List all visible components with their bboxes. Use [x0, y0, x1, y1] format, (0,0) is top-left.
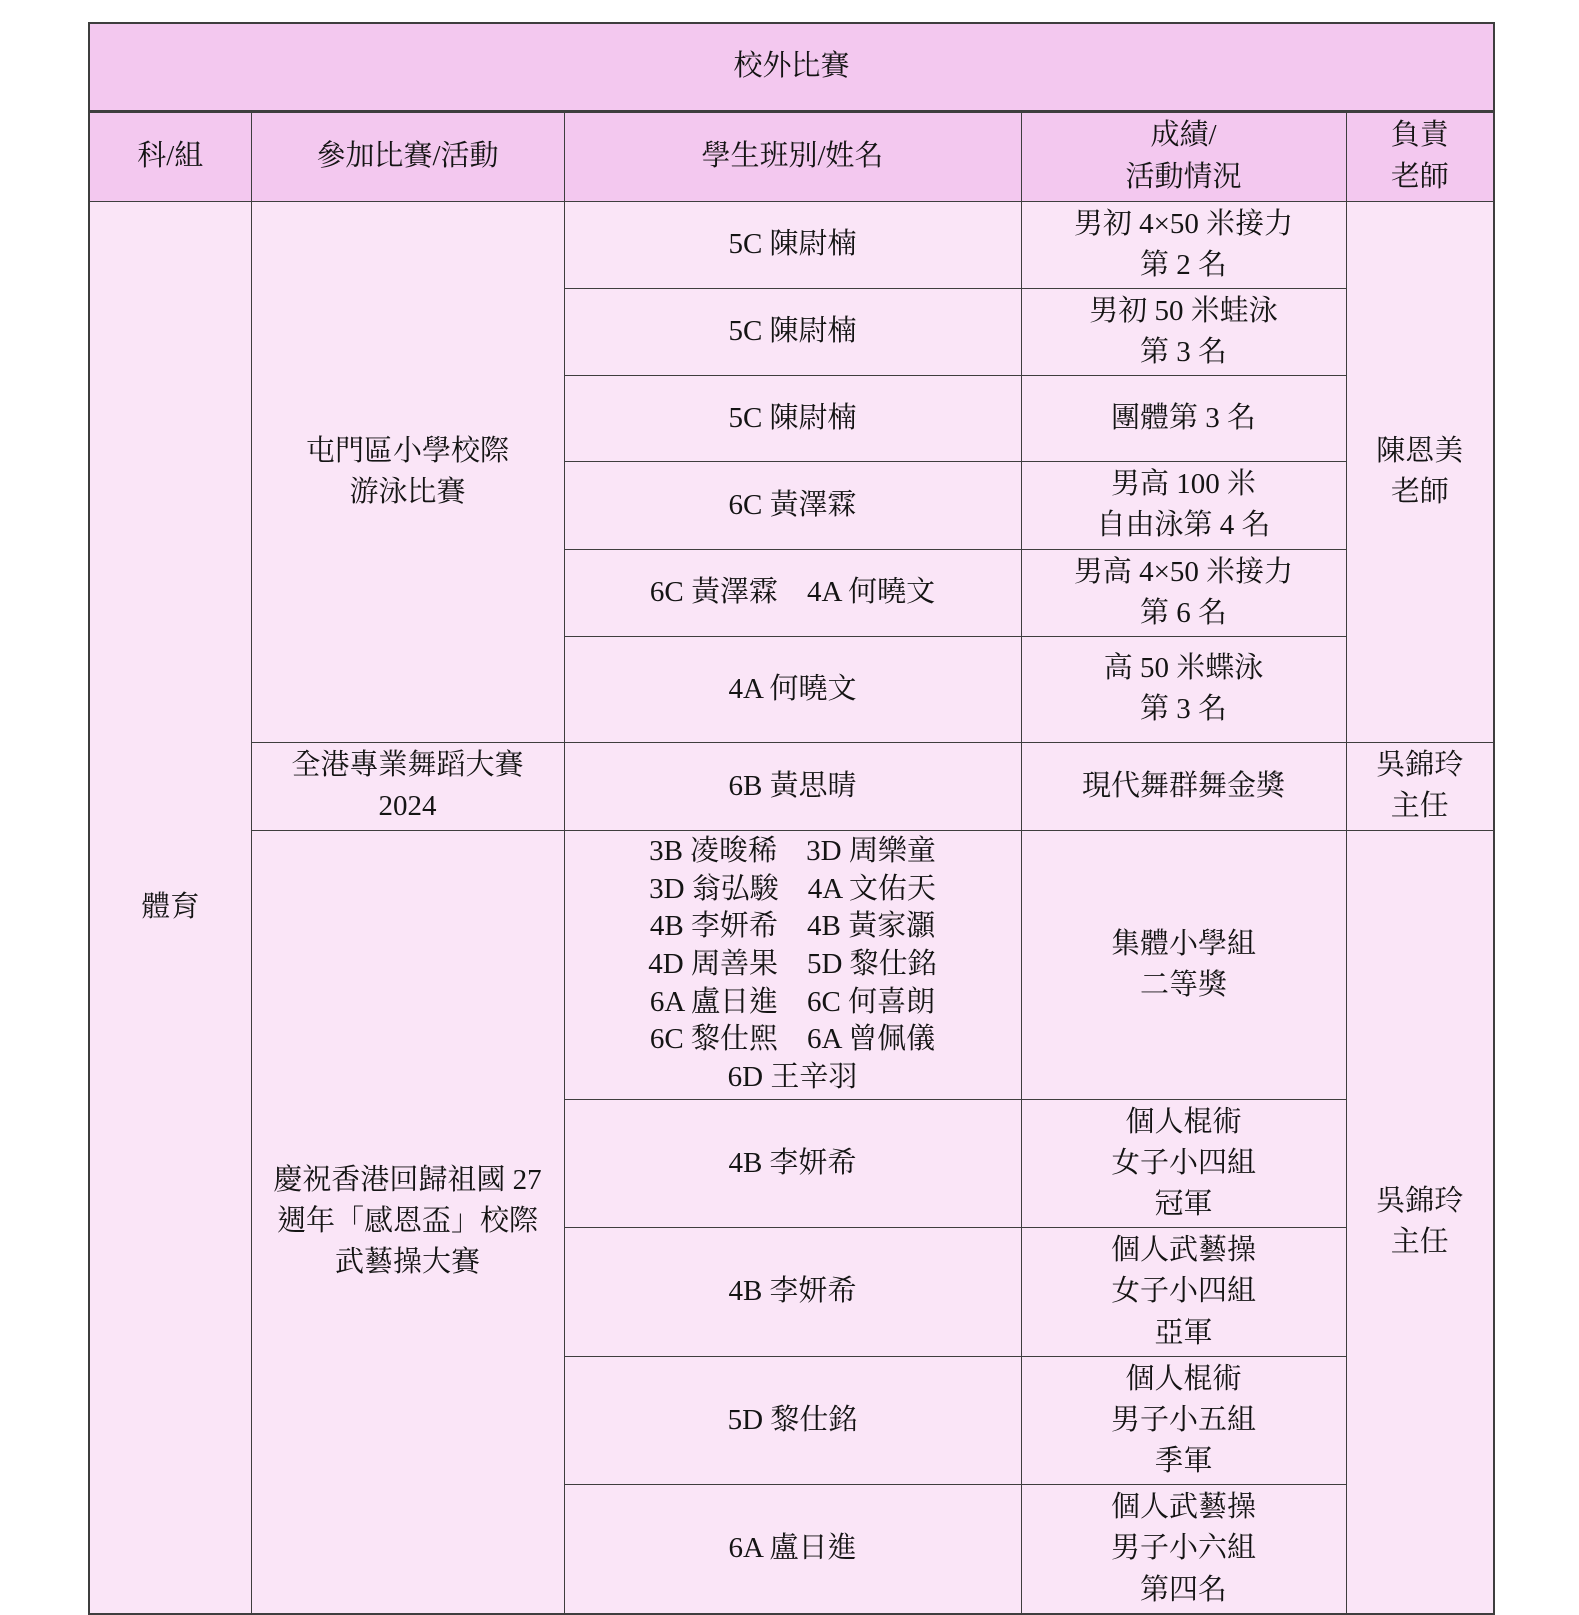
students-cell: 6C 黃澤霖 4A 何曉文	[564, 549, 1021, 636]
teacher-cell-dance: 吳錦玲 主任	[1346, 742, 1494, 830]
table-row: 校外比賽	[89, 23, 1494, 111]
students-cell: 4A 何曉文	[564, 636, 1021, 742]
column-header-result: 成績/ 活動情況	[1021, 111, 1346, 201]
students-cell: 4B 李妍希	[564, 1228, 1021, 1357]
result-cell: 男初 50 米蛙泳 第 3 名	[1021, 288, 1346, 375]
competition-cell-dance: 全港專業舞蹈大賽 2024	[251, 742, 564, 830]
column-header-competition: 參加比賽/活動	[251, 111, 564, 201]
competition-cell-martial: 慶祝香港回歸祖國 27 週年「感恩盃」校際 武藝操大賽	[251, 830, 564, 1613]
teacher-cell-martial: 吳錦玲 主任	[1346, 830, 1494, 1613]
students-cell: 5C 陳尉楠	[564, 201, 1021, 288]
students-cell: 5D 黎仕銘	[564, 1356, 1021, 1485]
subject-cell: 體育	[89, 201, 251, 1614]
competition-cell-swimming: 屯門區小學校際 游泳比賽	[251, 201, 564, 742]
result-cell: 個人棍術 男子小五組 季軍	[1021, 1356, 1346, 1485]
students-cell: 5C 陳尉楠	[564, 376, 1021, 462]
column-header-subject: 科/組	[89, 111, 251, 201]
result-cell: 男初 4×50 米接力 第 2 名	[1021, 201, 1346, 288]
result-cell: 男高 100 米 自由泳第 4 名	[1021, 462, 1346, 549]
result-cell: 男高 4×50 米接力 第 6 名	[1021, 549, 1346, 636]
column-header-students: 學生班別/姓名	[564, 111, 1021, 201]
students-cell: 6B 黃思晴	[564, 742, 1021, 830]
students-cell: 4B 李妍希	[564, 1099, 1021, 1228]
result-cell: 高 50 米蝶泳 第 3 名	[1021, 636, 1346, 742]
teacher-cell-swimming: 陳恩美 老師	[1346, 201, 1494, 742]
students-cell: 3B 凌晙稀 3D 周樂童 3D 翁弘駿 4A 文佑天 4B 李妍希 4B 黃家…	[564, 830, 1021, 1099]
result-cell: 個人武藝操 女子小四組 亞軍	[1021, 1228, 1346, 1357]
result-cell: 個人武藝操 男子小六組 第四名	[1021, 1485, 1346, 1614]
table-title: 校外比賽	[89, 23, 1494, 111]
table-row: 體育 屯門區小學校際 游泳比賽 5C 陳尉楠 男初 4×50 米接力 第 2 名…	[89, 201, 1494, 288]
column-header-teacher: 負責 老師	[1346, 111, 1494, 201]
table-row: 慶祝香港回歸祖國 27 週年「感恩盃」校際 武藝操大賽 3B 凌晙稀 3D 周樂…	[89, 830, 1494, 1099]
result-cell: 個人棍術 女子小四組 冠軍	[1021, 1099, 1346, 1228]
result-cell: 集體小學組 二等獎	[1021, 830, 1346, 1099]
students-cell: 6C 黃澤霖	[564, 462, 1021, 549]
students-cell: 6A 盧日進	[564, 1485, 1021, 1614]
result-cell: 團體第 3 名	[1021, 376, 1346, 462]
students-cell: 5C 陳尉楠	[564, 288, 1021, 375]
table-row: 科/組 參加比賽/活動 學生班別/姓名 成績/ 活動情況 負責 老師	[89, 111, 1494, 201]
report-table: 校外比賽 科/組 參加比賽/活動 學生班別/姓名 成績/ 活動情況 負責 老師 …	[88, 22, 1495, 1615]
result-cell: 現代舞群舞金獎	[1021, 742, 1346, 830]
table-row: 全港專業舞蹈大賽 2024 6B 黃思晴 現代舞群舞金獎 吳錦玲 主任	[89, 742, 1494, 830]
